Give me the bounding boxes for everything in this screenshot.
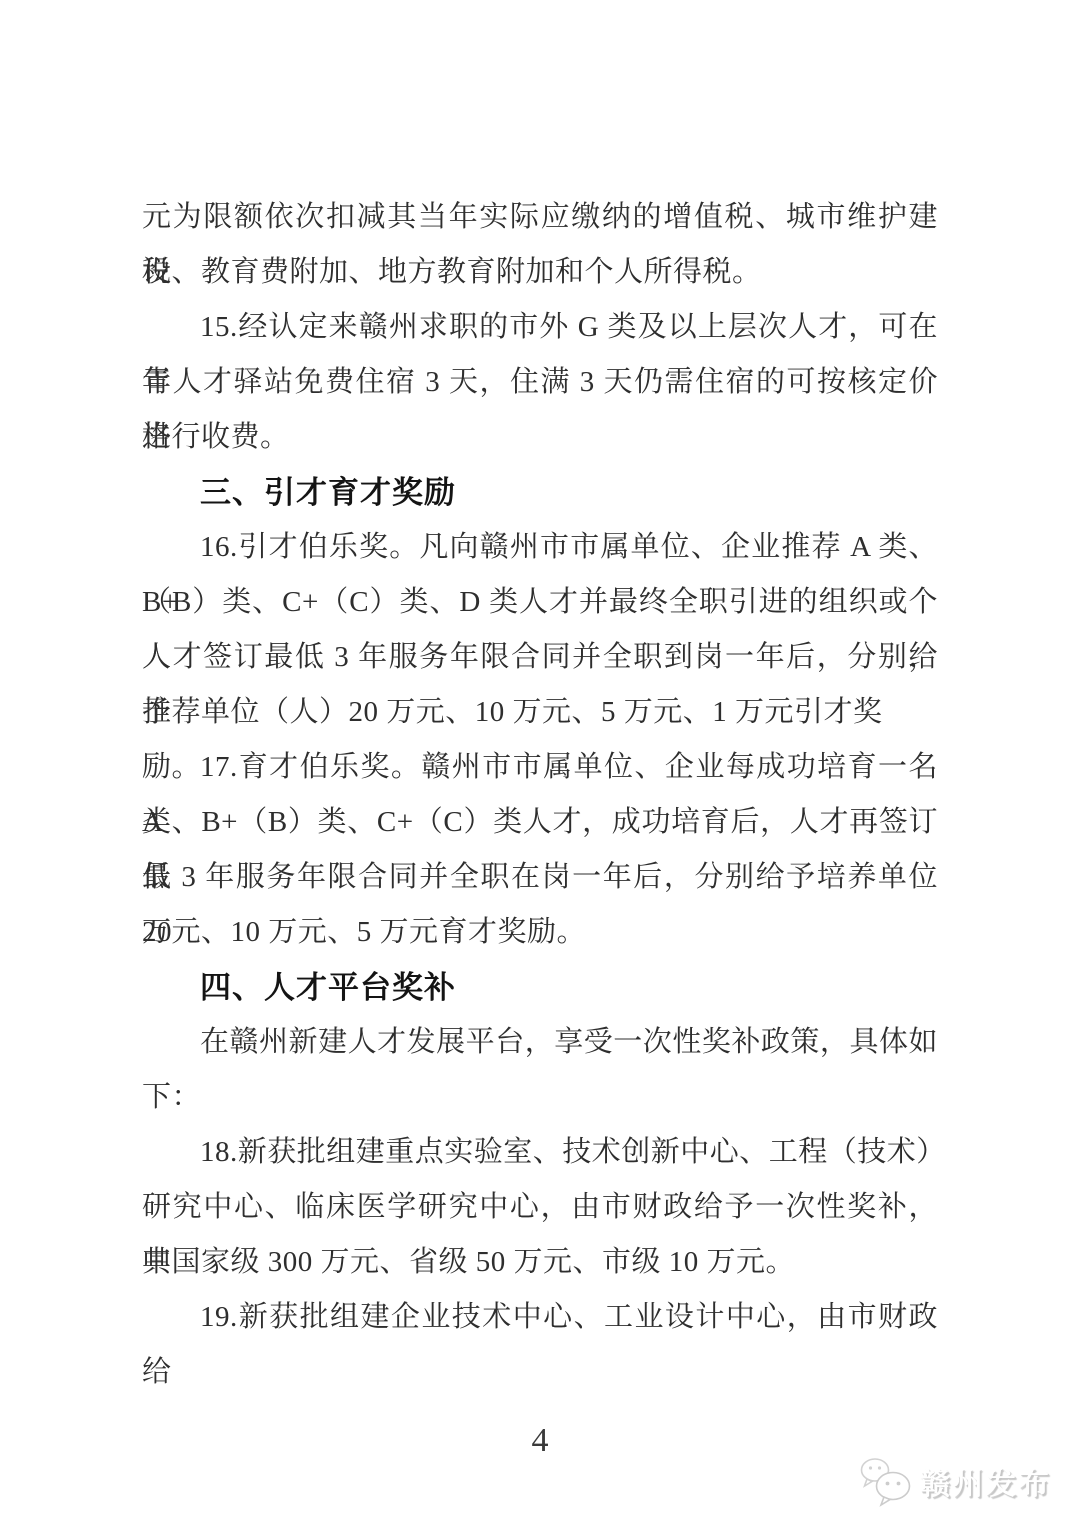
text-line: 研究中心、临床医学研究中心，由市财政给予一次性奖补，其 [142,1180,938,1235]
text-line: 17.育才伯乐奖。赣州市市属单位、企业每成功培育一名 A [142,740,938,795]
section-heading: 四、人才平台奖补 [142,960,938,1015]
text-line: 推荐单位（人）20 万元、10 万元、5 万元、1 万元引才奖励。 [142,685,938,740]
publisher-watermark: 赣州发布 [858,1455,1052,1507]
text-line: 年人才驿站免费住宿 3 天，住满 3 天仍需住宿的可按核定价格 [142,355,938,410]
publisher-watermark-label: 赣州发布 [920,1459,1052,1503]
text-line: 16.引才伯乐奖。凡向赣州市市属单位、企业推荐 A 类、B+ [142,520,938,575]
text-line: （B）类、C+（C）类、D 类人才并最终全职引进的组织或个人， [142,575,938,630]
section-heading: 三、引才育才奖励 [142,465,938,520]
text-line: 在赣州新建人才发展平台，享受一次性奖补政策，具体如 [142,1015,938,1070]
text-line: 低 3 年服务年限合同并全职在岗一年后，分别给予培养单位 20 [142,850,938,905]
text-line: 进行收费。 [142,410,938,465]
text-line: 下： [142,1070,938,1125]
text-line: 中国家级 300 万元、省级 50 万元、市级 10 万元。 [142,1235,938,1290]
text-line: 类、B+（B）类、C+（C）类人才，成功培育后，人才再签订最 [142,795,938,850]
text-line: 万元、10 万元、5 万元育才奖励。 [142,905,938,960]
text-line: 18.新获批组建重点实验室、技术创新中心、工程（技术） [142,1125,938,1180]
document-page: 元为限额依次扣减其当年实际应缴纳的增值税、城市维护建设税、教育费附加、地方教育附… [0,0,1080,1527]
text-line: 元为限额依次扣减其当年实际应缴纳的增值税、城市维护建设 [142,190,938,245]
text-line: 19.新获批组建企业技术中心、工业设计中心，由市财政给 [142,1290,938,1345]
wechat-chat-bubbles-icon [858,1455,914,1507]
text-line: 人才签订最低 3 年服务年限合同并全职到岗一年后，分别给予 [142,630,938,685]
document-lines: 元为限额依次扣减其当年实际应缴纳的增值税、城市维护建设税、教育费附加、地方教育附… [142,190,938,1345]
text-line: 税、教育费附加、地方教育附加和个人所得税。 [142,245,938,300]
text-line: 15.经认定来赣州求职的市外 G 类及以上层次人才，可在青 [142,300,938,355]
